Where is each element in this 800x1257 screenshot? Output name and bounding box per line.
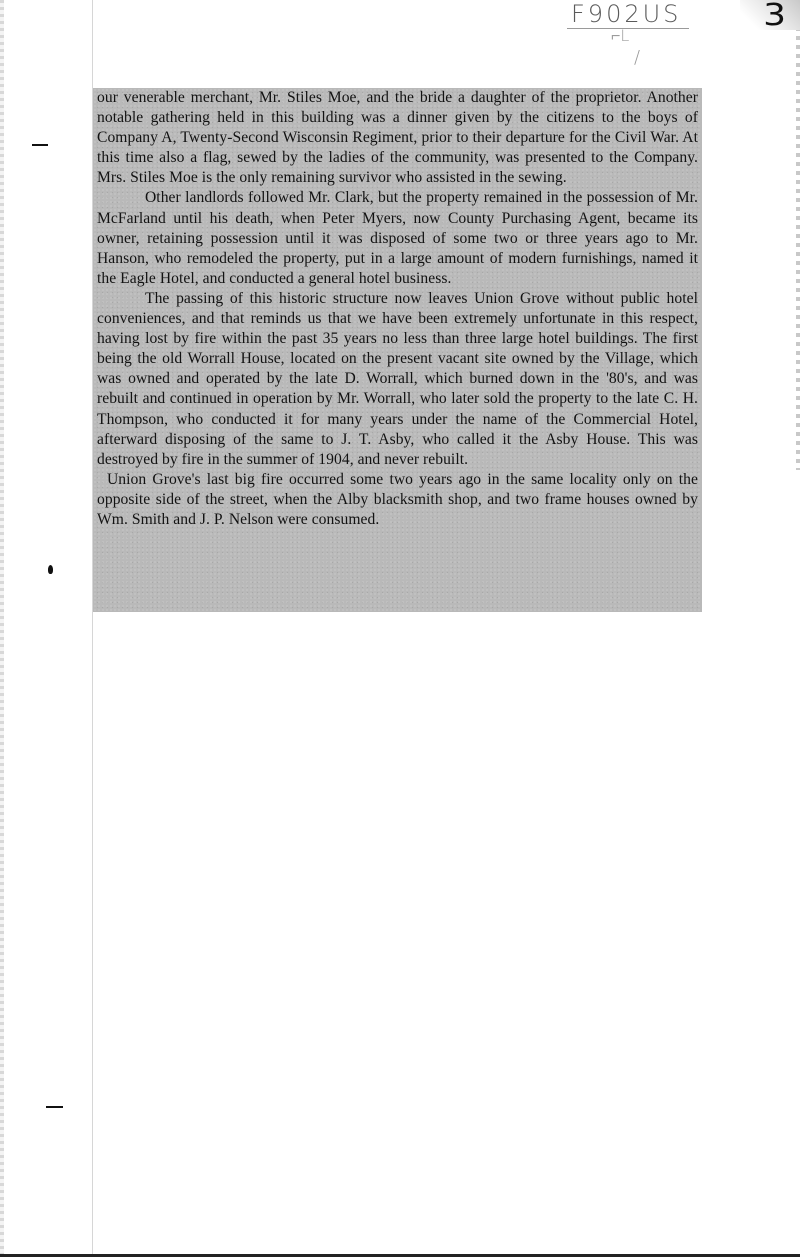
margin-dash-mark-top	[32, 144, 48, 146]
page-number: 3	[763, 0, 786, 33]
newspaper-clipping: our venerable merchant, Mr. Stiles Moe, …	[93, 88, 702, 612]
paragraph-landlords: Other landlords followed Mr. Clark, but …	[97, 188, 698, 288]
scan-left-edge	[0, 0, 4, 1257]
margin-dash-mark-bottom	[46, 1106, 63, 1108]
handwritten-slash-mark: /	[634, 47, 640, 68]
handwritten-sub-mark: ⌐L	[611, 26, 629, 46]
margin-ink-dot	[48, 565, 53, 574]
paragraph-last-fire: Union Grove's last big fire occurred som…	[97, 470, 698, 530]
scan-right-edge	[796, 0, 800, 470]
handwritten-catalog-code: F902US	[567, 0, 689, 29]
paragraph-hotel-fires: The passing of this historic structure n…	[97, 289, 698, 470]
paragraph-stiles-moe: our venerable merchant, Mr. Stiles Moe, …	[97, 88, 698, 188]
